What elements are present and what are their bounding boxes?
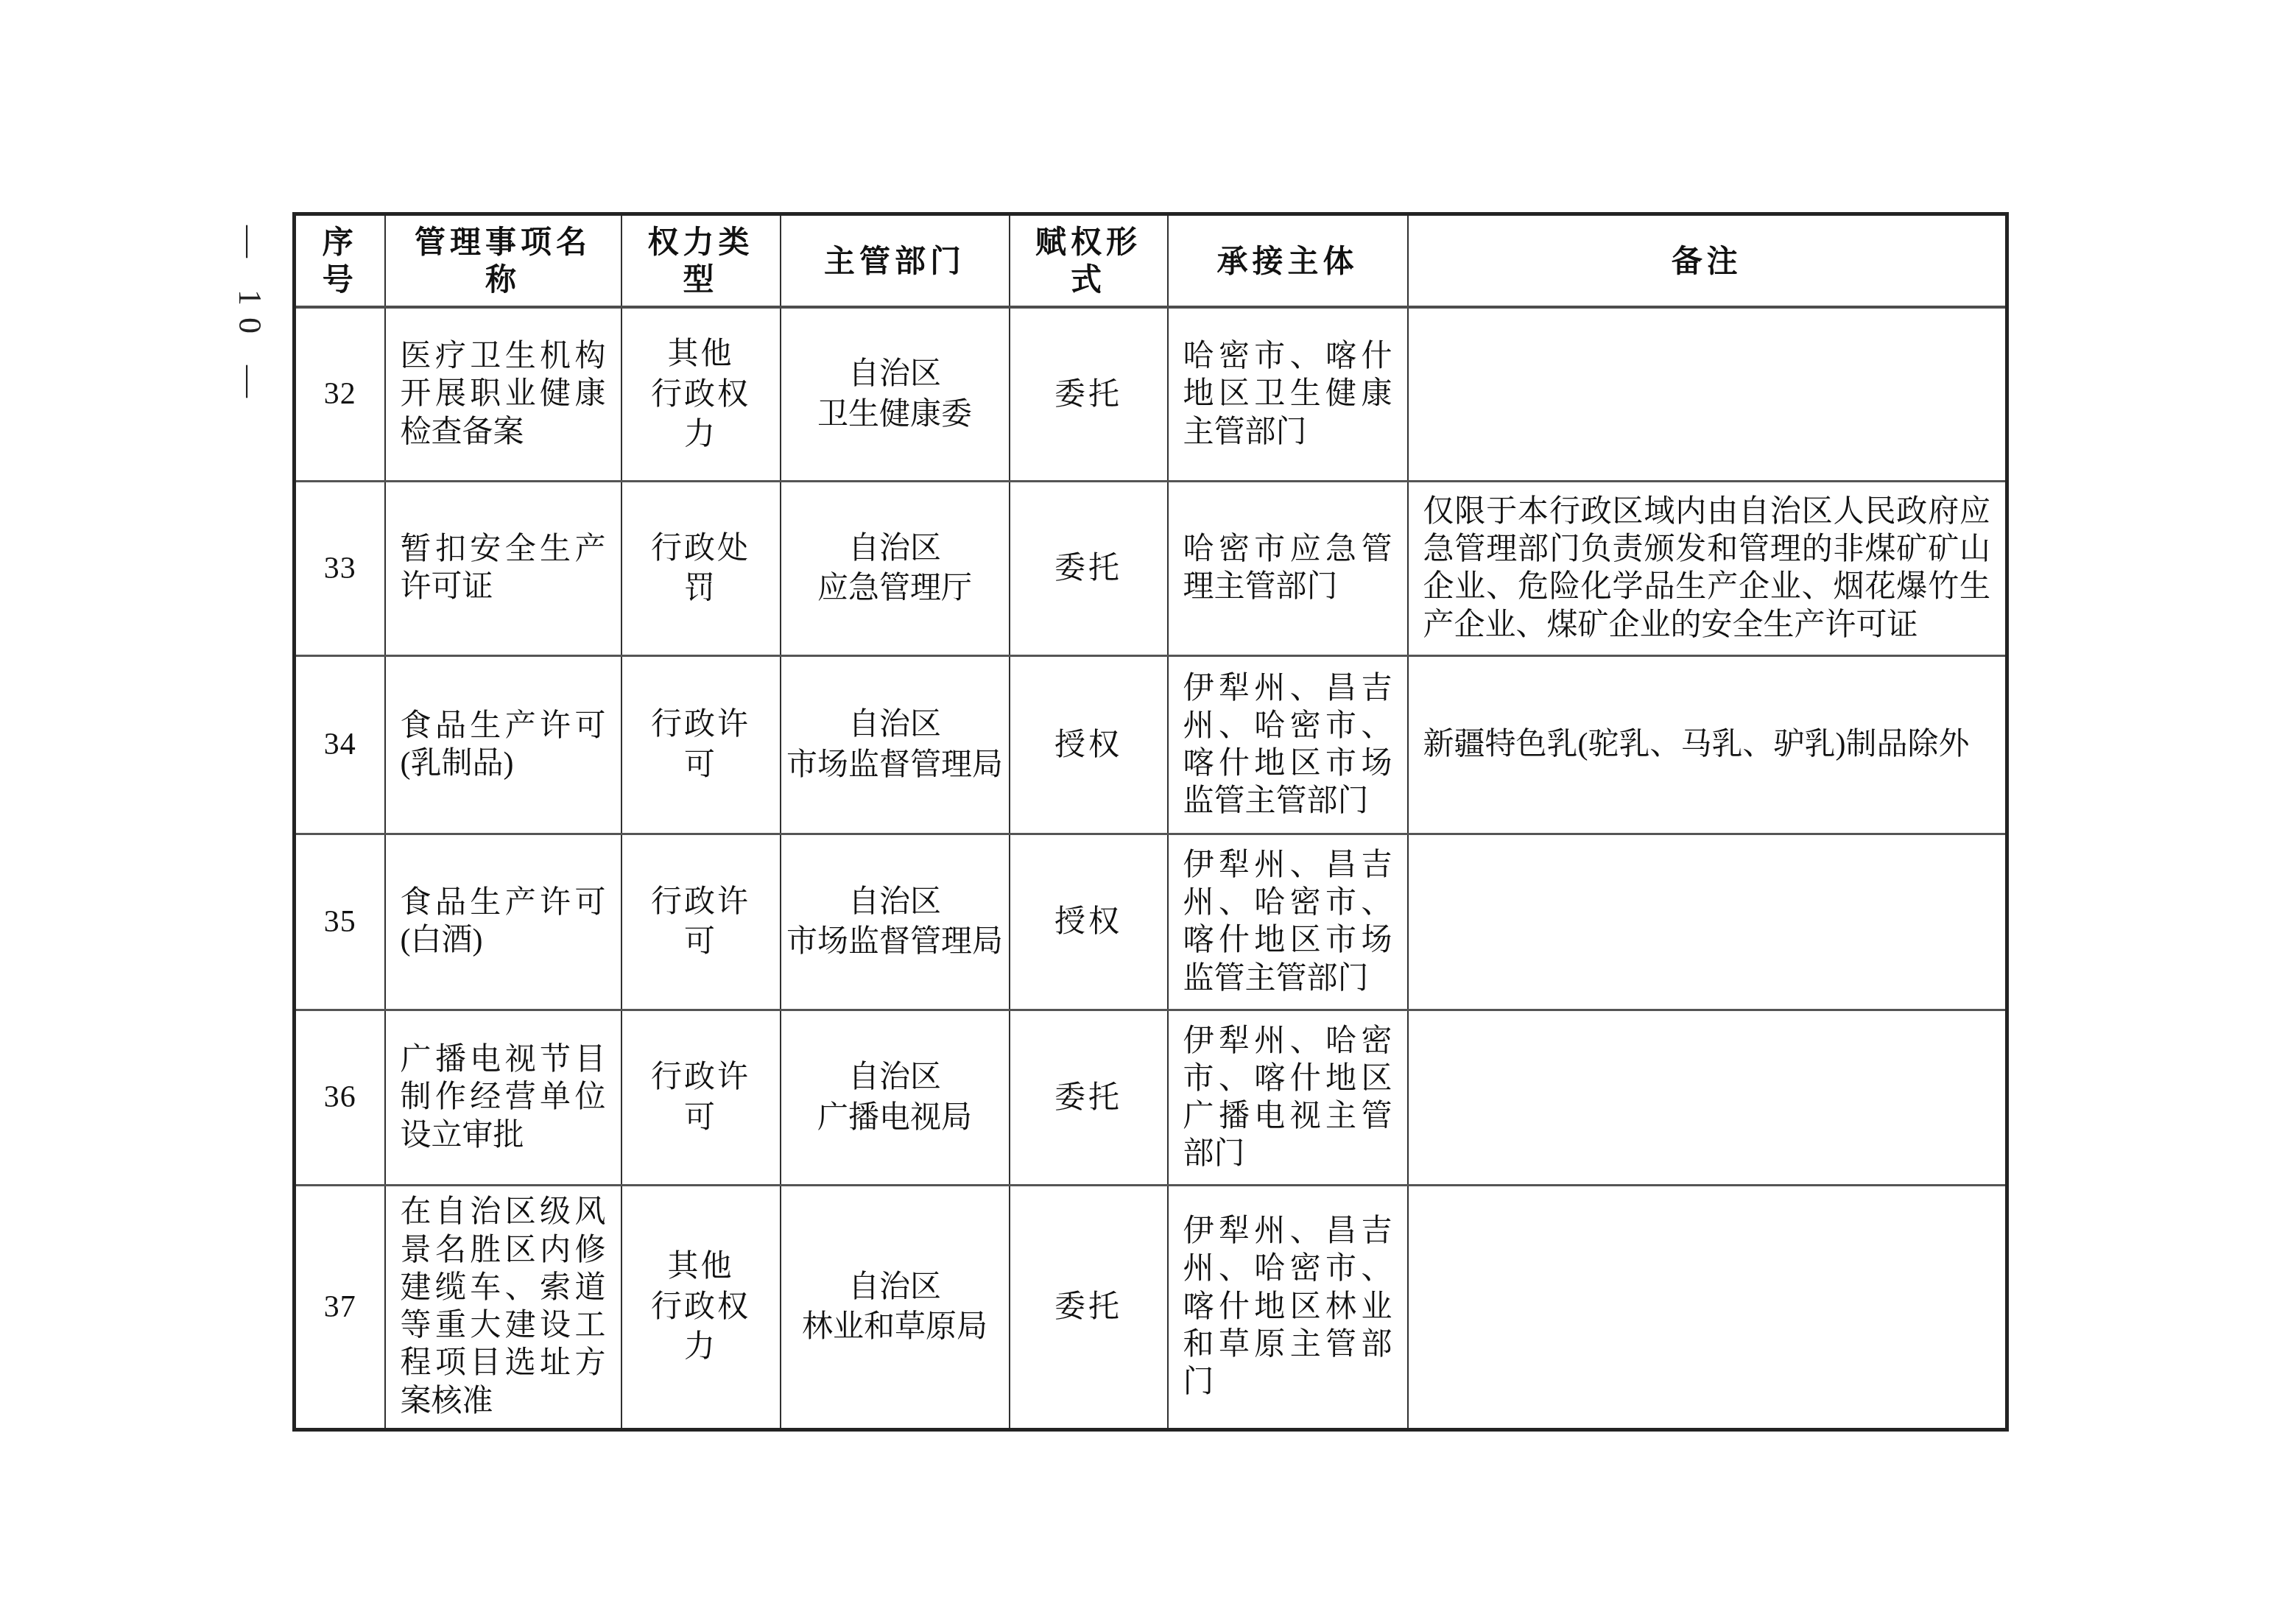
row-index: 34 [295,656,385,834]
department: 自治区 市场监督管理局 [781,656,1010,834]
power-type: 行政许可 [621,834,781,1010]
document-page: { "page_number": "— 10 —", "table": { "h… [0,0,2296,1623]
remark [1408,834,2007,1010]
remark [1408,1010,2007,1186]
power-type: 其他 行政权力 [621,1186,781,1429]
undertaker: 伊犁州、昌吉州、哈密市、喀什地区市场监管主管部门 [1168,656,1408,834]
header-power-type: 权力类型 [621,214,781,308]
table-row: 34 食品生产许可(乳制品) 行政许可 自治区 市场监督管理局 授权 伊犁州、昌… [295,656,2007,834]
table-row: 35 食品生产许可(白酒) 行政许可 自治区 市场监督管理局 授权 伊犁州、昌吉… [295,834,2007,1010]
row-index: 35 [295,834,385,1010]
undertaker: 哈密市应急管理主管部门 [1168,482,1408,656]
row-index: 33 [295,482,385,656]
delegation-table: 序号 管理事项名称 权力类型 主管部门 赋权形式 承接主体 备注 32 医疗卫生… [292,212,2009,1432]
row-index: 32 [295,307,385,482]
department: 自治区 市场监督管理局 [781,834,1010,1010]
remark [1408,1186,2007,1429]
item-name: 在自治区级风景名胜区内修建缆车、索道等重大建设工程项目选址方案核准 [385,1186,621,1429]
table-row: 37 在自治区级风景名胜区内修建缆车、索道等重大建设工程项目选址方案核准 其他 … [295,1186,2007,1429]
undertaker: 哈密市、喀什地区卫生健康主管部门 [1168,307,1408,482]
grant-form: 委托 [1010,307,1168,482]
row-index: 37 [295,1186,385,1429]
department: 自治区 广播电视局 [781,1010,1010,1186]
grant-form: 委托 [1010,1010,1168,1186]
table-row: 36 广播电视节目制作经营单位设立审批 行政许可 自治区 广播电视局 委托 伊犁… [295,1010,2007,1186]
remark: 仅限于本行政区域内由自治区人民政府应急管理部门负责颁发和管理的非煤矿矿山企业、危… [1408,482,2007,656]
undertaker: 伊犁州、哈密市、喀什地区广播电视主管部门 [1168,1010,1408,1186]
power-type: 行政处罚 [621,482,781,656]
table-row: 32 医疗卫生机构开展职业健康检查备案 其他 行政权力 自治区 卫生健康委 委托… [295,307,2007,482]
grant-form: 授权 [1010,834,1168,1010]
remark [1408,307,2007,482]
header-remark: 备注 [1408,214,2007,308]
power-type: 其他 行政权力 [621,307,781,482]
item-name: 广播电视节目制作经营单位设立审批 [385,1010,621,1186]
header-item-name: 管理事项名称 [385,214,621,308]
item-name: 医疗卫生机构开展职业健康检查备案 [385,307,621,482]
department: 自治区 林业和草原局 [781,1186,1010,1429]
header-grant-form: 赋权形式 [1010,214,1168,308]
table-row: 33 暂扣安全生产许可证 行政处罚 自治区 应急管理厅 委托 哈密市应急管理主管… [295,482,2007,656]
item-name: 食品生产许可(乳制品) [385,656,621,834]
undertaker: 伊犁州、昌吉州、哈密市、喀什地区市场监管主管部门 [1168,834,1408,1010]
department: 自治区 卫生健康委 [781,307,1010,482]
power-type: 行政许可 [621,1010,781,1186]
header-department: 主管部门 [781,214,1010,308]
grant-form: 委托 [1010,482,1168,656]
power-type: 行政许可 [621,656,781,834]
table-header-row: 序号 管理事项名称 权力类型 主管部门 赋权形式 承接主体 备注 [295,214,2007,308]
undertaker: 伊犁州、昌吉州、哈密市、喀什地区林业和草原主管部门 [1168,1186,1408,1429]
header-undertaker: 承接主体 [1168,214,1408,308]
remark: 新疆特色乳(驼乳、马乳、驴乳)制品除外 [1408,656,2007,834]
grant-form: 授权 [1010,656,1168,834]
department: 自治区 应急管理厅 [781,482,1010,656]
item-name: 食品生产许可(白酒) [385,834,621,1010]
page-number: — 10 — [231,225,269,405]
grant-form: 委托 [1010,1186,1168,1429]
row-index: 36 [295,1010,385,1186]
item-name: 暂扣安全生产许可证 [385,482,621,656]
header-index: 序号 [295,214,385,308]
